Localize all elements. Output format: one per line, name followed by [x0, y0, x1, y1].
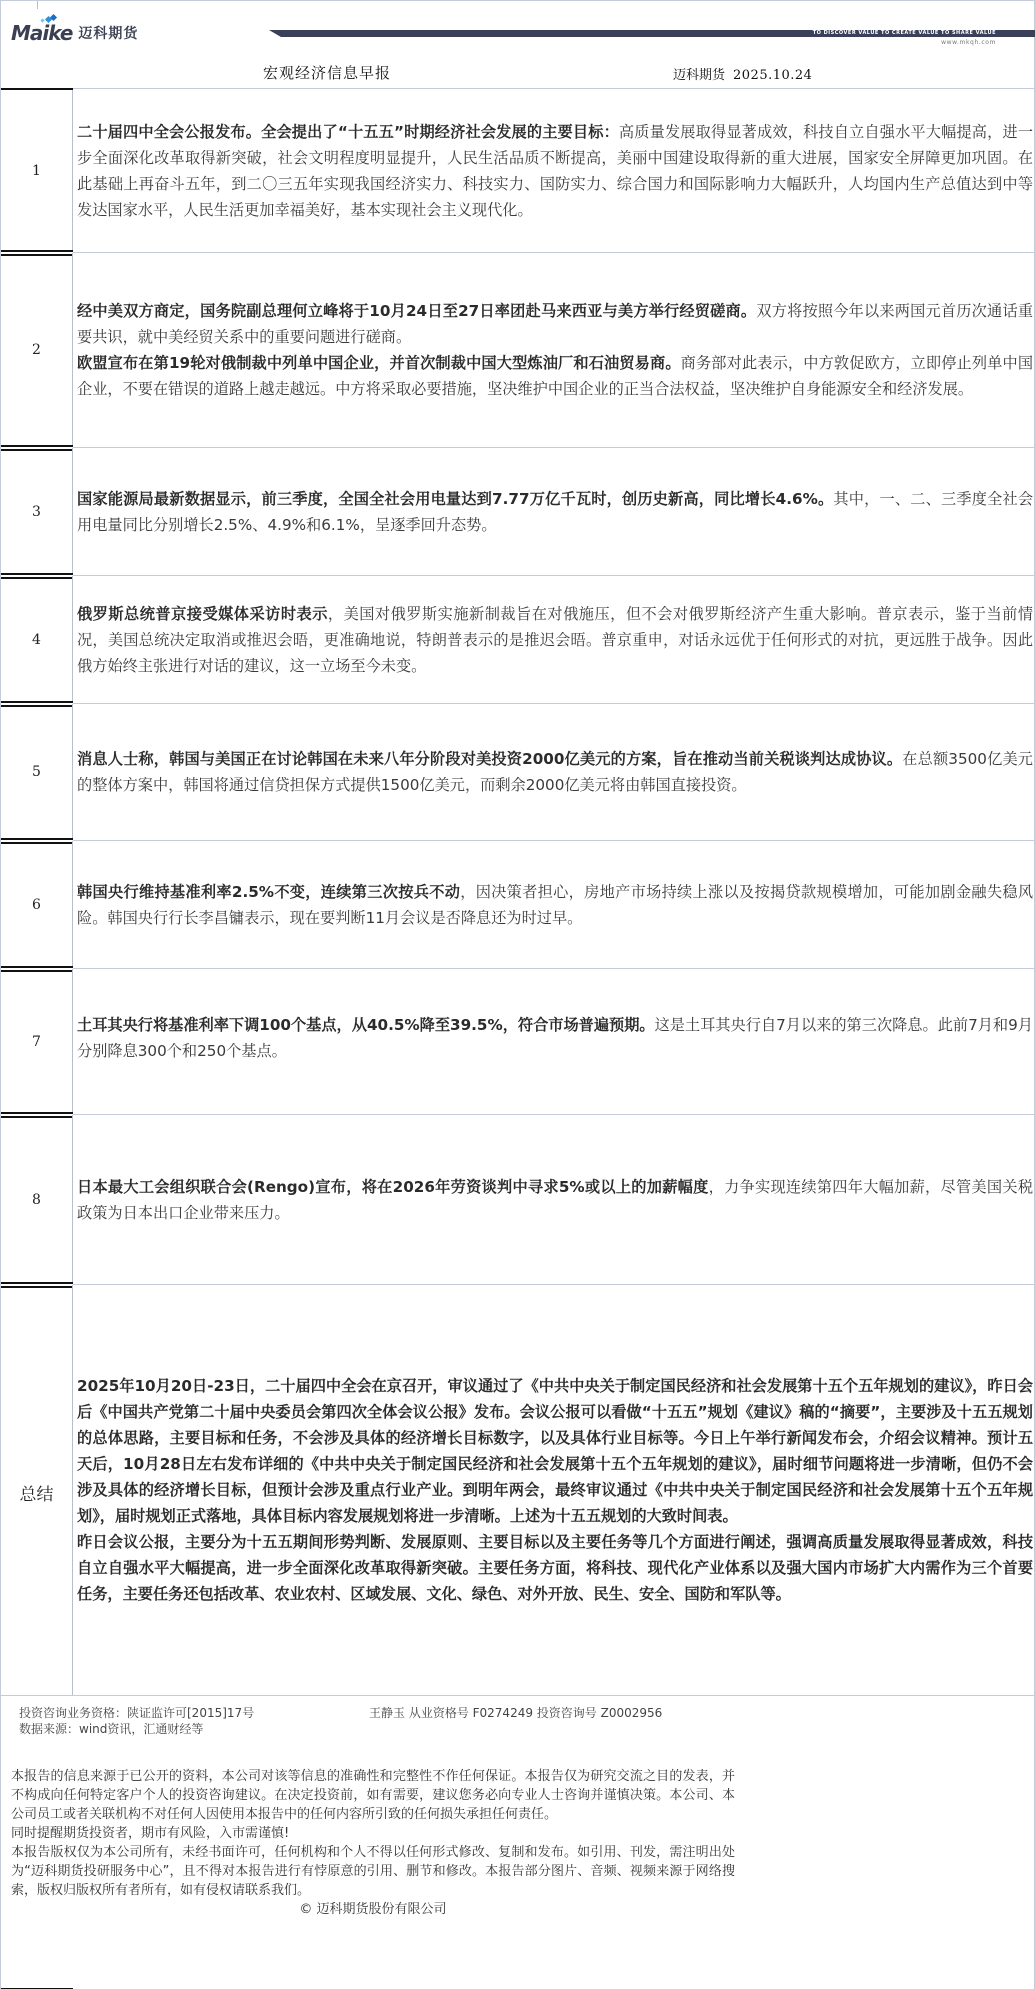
row-number: 1	[1, 90, 73, 252]
summary-paragraph-1: 2025年10月20日-23日，二十届四中全会在京召开，审议通过了《中共中央关于…	[77, 1377, 1033, 1525]
headline-2: 欧盟宣布在第19轮对俄制裁中列单中国企业，并首次制裁中国大型炼油厂和石油贸易商。	[77, 354, 681, 372]
title-row: 宏观经济信息早报 迈科期货2025.10.24	[1, 56, 1035, 89]
headline: 土耳其央行将基准利率下调100个基点，从40.5%降至39.5%，符合市场普遍预…	[77, 1016, 655, 1034]
row-content: 俄罗斯总统普京接受媒体采访时表示，美国对俄罗斯实施新制裁旨在对俄施压，但不会对俄…	[77, 576, 1033, 703]
news-row-1: 1 二十届四中全会公报发布。全会提出了“十五五”时期经济社会发展的主要目标：高质…	[1, 90, 1035, 253]
headline: 俄罗斯总统普京接受媒体采访时表示	[77, 605, 328, 623]
company-logo: Maike 迈科期货	[11, 19, 138, 43]
logo-wordmark: Maike	[11, 23, 72, 43]
headline: 韩国央行维持基准利率2.5%不变，连续第三次按兵不动	[77, 883, 460, 901]
row-content: 日本最大工会组织联合会(Rengo)宣布，将在2026年劳资谈判中寻求5%或以上…	[77, 1115, 1033, 1284]
row-number: 4	[1, 576, 73, 703]
copyright-notice: 本报告版权仅为本公司所有，未经书面许可，任何机构和个人不得以任何形式修改、复制和…	[11, 1843, 735, 1900]
row-number: 8	[1, 1115, 73, 1284]
headline: 日本最大工会组织联合会(Rengo)宣布，将在2026年劳资谈判中寻求5%或以上…	[77, 1178, 709, 1196]
analyst-info: 王静玉 从业资格号 F0274249 投资咨询号 Z0002956	[369, 1705, 662, 1721]
summary-content: 2025年10月20日-23日，二十届四中全会在京召开，审议通过了《中共中央关于…	[77, 1285, 1033, 1695]
report-org-date: 迈科期货2025.10.24	[673, 64, 812, 83]
row-number: 2	[1, 253, 73, 447]
header-banner: Maike 迈科期货 TO DISCOVER VALUE TO CREATE V…	[1, 1, 1035, 56]
row-content: 韩国央行维持基准利率2.5%不变，连续第三次按兵不动，因决策者担心，房地产市场持…	[77, 841, 1033, 968]
logo-chinese-name: 迈科期货	[78, 25, 138, 43]
report-page: Maike 迈科期货 TO DISCOVER VALUE TO CREATE V…	[0, 0, 1035, 1989]
news-row-7: 7 土耳其央行将基准利率下调100个基点，从40.5%降至39.5%，符合市场普…	[1, 969, 1035, 1115]
decorative-tick	[37, 1, 38, 9]
qualification-block: 投资咨询业务资格：陕证监许可[2015]17号 王静玉 从业资格号 F02742…	[19, 1705, 254, 1737]
summary-paragraph-2: 昨日会议公报，主要分为十五五期间形势判断、发展原则、主要目标以及主要任务等几个方…	[77, 1533, 1033, 1603]
news-row-8: 8 日本最大工会组织联合会(Rengo)宣布，将在2026年劳资谈判中寻求5%或…	[1, 1115, 1035, 1285]
news-row-6: 6 韩国央行维持基准利率2.5%不变，连续第三次按兵不动，因决策者担心，房地产市…	[1, 841, 1035, 969]
news-row-2: 2 经中美双方商定，国务院副总理何立峰将于10月24日至27日率团赴马来西亚与美…	[1, 253, 1035, 448]
summary-label: 总结	[1, 1285, 73, 1695]
disclaimer: 本报告的信息来源于已公开的资料，本公司对该等信息的准确性和完整性不作任何保证。本…	[11, 1767, 735, 1919]
disclaimer-paragraph-1: 本报告的信息来源于已公开的资料，本公司对该等信息的准确性和完整性不作任何保证。本…	[11, 1767, 735, 1824]
risk-warning: 同时提醒期货投资者，期市有风险，入市需谨慎!	[11, 1824, 735, 1843]
row-content: 国家能源局最新数据显示，前三季度，全国全社会用电量达到7.77万亿千瓦时，创历史…	[77, 448, 1033, 575]
headline: 经中美双方商定，国务院副总理何立峰将于10月24日至27日率团赴马来西亚与美方举…	[77, 302, 756, 320]
row-content: 土耳其央行将基准利率下调100个基点，从40.5%降至39.5%，符合市场普遍预…	[77, 969, 1033, 1114]
report-title: 宏观经济信息早报	[263, 62, 391, 83]
qualification-license: 投资咨询业务资格：陕证监许可[2015]17号	[19, 1705, 254, 1721]
row-content: 二十届四中全会公报发布。全会提出了“十五五”时期经济社会发展的主要目标：高质量发…	[77, 90, 1033, 252]
copyright-line: © 迈科期货股份有限公司	[11, 1900, 735, 1919]
headline: 消息人士称，韩国与美国正在讨论韩国在未来八年分阶段对美投资2000亿美元的方案，…	[77, 750, 902, 768]
row-content: 经中美双方商定，国务院副总理何立峰将于10月24日至27日率团赴马来西亚与美方举…	[77, 253, 1033, 447]
report-org: 迈科期货	[673, 68, 725, 83]
headline: 国家能源局最新数据显示，前三季度，全国全社会用电量达到7.77万亿千瓦时，创历史…	[77, 490, 833, 508]
row-content: 消息人士称，韩国与美国正在讨论韩国在未来八年分阶段对美投资2000亿美元的方案，…	[77, 704, 1033, 840]
news-row-5: 5 消息人士称，韩国与美国正在讨论韩国在未来八年分阶段对美投资2000亿美元的方…	[1, 704, 1035, 841]
data-source: 数据来源：wind资讯，汇通财经等	[19, 1721, 254, 1737]
summary-row: 总结 2025年10月20日-23日，二十届四中全会在京召开，审议通过了《中共中…	[1, 1285, 1035, 1696]
slogan: TO DISCOVER VALUE TO CREATE VALUE TO SHA…	[813, 30, 996, 37]
row-number: 3	[1, 448, 73, 575]
row-number: 7	[1, 969, 73, 1114]
headline: 二十届四中全会公报发布。全会提出了“十五五”时期经济社会发展的主要目标：	[77, 123, 619, 141]
website-url: www.mkqh.com	[941, 39, 996, 46]
news-row-3: 3 国家能源局最新数据显示，前三季度，全国全社会用电量达到7.77万亿千瓦时，创…	[1, 448, 1035, 576]
logo-dots-icon	[41, 16, 57, 24]
row-number: 6	[1, 841, 73, 968]
news-row-4: 4 俄罗斯总统普京接受媒体采访时表示，美国对俄罗斯实施新制裁旨在对俄施压，但不会…	[1, 576, 1035, 704]
row-number: 5	[1, 704, 73, 840]
report-date: 2025.10.24	[733, 68, 812, 83]
footer: 投资咨询业务资格：陕证监许可[2015]17号 王静玉 从业资格号 F02742…	[1, 1696, 1035, 1989]
